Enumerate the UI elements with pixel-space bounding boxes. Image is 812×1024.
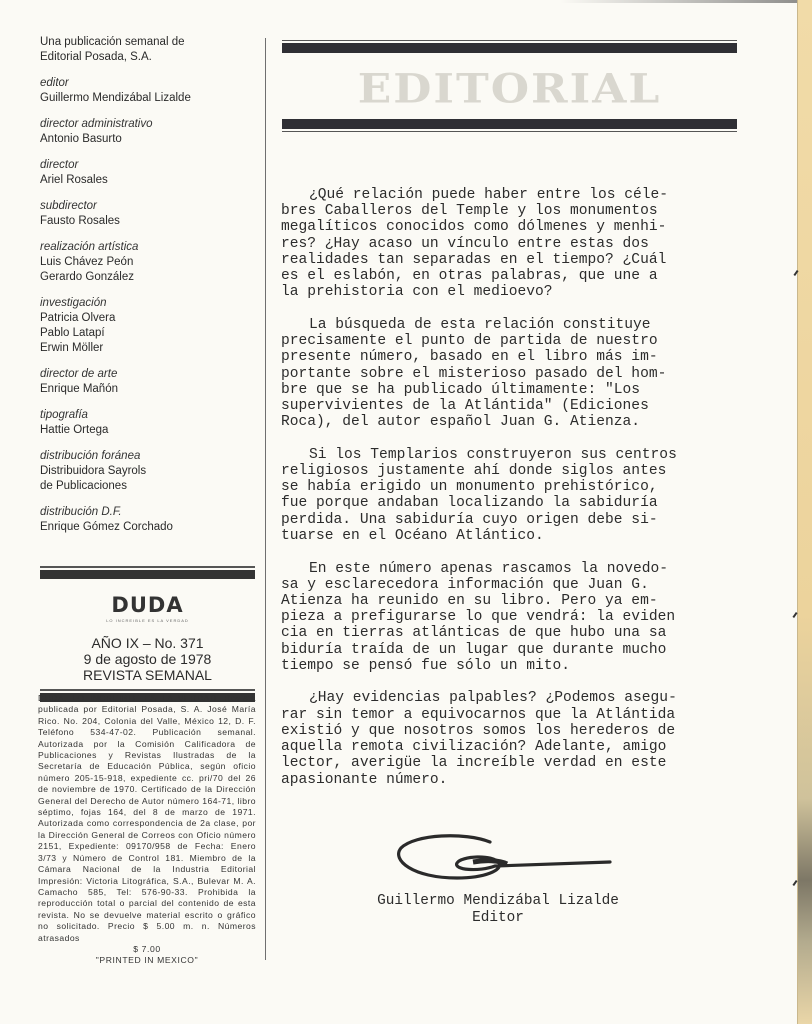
- paragraph: La búsqueda de esta relación constituye …: [281, 317, 701, 430]
- adjacent-page-edge: [797, 0, 812, 1024]
- credit-name: de Publicaciones: [40, 479, 258, 494]
- credit-role: distribución foránea: [40, 449, 258, 464]
- editorial-banner: EDITORIAL: [282, 40, 737, 132]
- paragraph: ¿Qué relación puede haber entre los céle…: [281, 187, 701, 300]
- credit-block: director de arteEnrique Mañón: [40, 367, 258, 397]
- intro-line: Editorial Posada, S.A.: [40, 50, 258, 65]
- credit-name: Enrique Mañón: [40, 382, 258, 397]
- legal-notice: DUDA, LO INCREIBLE ES LA VERDAD. Revista…: [38, 693, 256, 967]
- credit-role: editor: [40, 76, 258, 91]
- credit-name: Antonio Basurto: [40, 132, 258, 147]
- editorial-body: ¿Qué relación puede haber entre los céle…: [281, 187, 701, 804]
- credit-block: director administrativoAntonio Basurto: [40, 117, 258, 147]
- printed-in: "PRINTED IN MEXICO": [38, 955, 256, 966]
- column-divider: [265, 38, 266, 960]
- credit-block: distribución D.F.Enrique Gómez Corchado: [40, 505, 258, 535]
- credit-name: Hattie Ortega: [40, 423, 258, 438]
- issue-date: 9 de agosto de 1978: [40, 651, 255, 667]
- rule-bar: [40, 568, 255, 579]
- credit-role: director de arte: [40, 367, 258, 382]
- issue-box: DUDA LO INCREIBLE ES LA VERDAD AÑO IX – …: [40, 568, 255, 702]
- rule-thin: [282, 131, 737, 132]
- issue-volume: AÑO IX – No. 371: [40, 635, 255, 651]
- credit-name: Luis Chávez Peón: [40, 255, 258, 270]
- credit-role: tipografía: [40, 408, 258, 423]
- credit-name: Fausto Rosales: [40, 214, 258, 229]
- legal-text: DUDA, LO INCREIBLE ES LA VERDAD. Revista…: [38, 693, 256, 944]
- masthead: Una publicación semanal de Editorial Pos…: [40, 35, 258, 546]
- credit-block: directorAriel Rosales: [40, 158, 258, 188]
- credit-name: Erwin Möller: [40, 341, 258, 356]
- credit-role: distribución D.F.: [40, 505, 258, 520]
- credit-name: Enrique Gómez Corchado: [40, 520, 258, 535]
- editorial-heading: EDITORIAL: [282, 56, 737, 117]
- credit-name: Patricia Olvera: [40, 311, 258, 326]
- duda-logo: DUDA: [40, 593, 255, 617]
- credit-block: editorGuillermo Mendizábal Lizalde: [40, 76, 258, 106]
- issue-frequency: REVISTA SEMANAL: [40, 667, 255, 683]
- signature-icon: [395, 830, 615, 890]
- credit-name: Ariel Rosales: [40, 173, 258, 188]
- credit-role: subdirector: [40, 199, 258, 214]
- credit-role: investigación: [40, 296, 258, 311]
- credit-name: Distribuidora Sayrols: [40, 464, 258, 479]
- credit-block: realización artísticaLuis Chávez PeónGer…: [40, 240, 258, 285]
- logo-tagline: LO INCREIBLE ES LA VERDAD: [40, 618, 255, 623]
- credit-block: distribución foráneaDistribuidora Sayrol…: [40, 449, 258, 494]
- paragraph: ¿Hay evidencias palpables? ¿Podemos aseg…: [281, 690, 701, 787]
- credit-role: director: [40, 158, 258, 173]
- credit-block: subdirectorFausto Rosales: [40, 199, 258, 229]
- back-issue-price: $ 7.00: [38, 944, 256, 955]
- rule-bar: [282, 43, 737, 53]
- credit-name: Guillermo Mendizábal Lizalde: [40, 91, 258, 106]
- credit-name: Pablo Latapí: [40, 326, 258, 341]
- intro-line: Una publicación semanal de: [40, 35, 258, 50]
- credit-block: investigaciónPatricia OlveraPablo Latapí…: [40, 296, 258, 356]
- signature-name: Guillermo Mendizábal Lizalde: [338, 893, 658, 909]
- publisher-intro: Una publicación semanal de Editorial Pos…: [40, 35, 258, 65]
- credit-role: realización artística: [40, 240, 258, 255]
- rule-bar: [282, 119, 737, 129]
- page-edge-shadow: [560, 0, 812, 3]
- credits-list: editorGuillermo Mendizábal Lizaldedirect…: [40, 76, 258, 535]
- paragraph: En este número apenas rascamos la novedo…: [281, 561, 701, 674]
- signature-title: Editor: [338, 910, 658, 926]
- credit-name: Gerardo González: [40, 270, 258, 285]
- credit-role: director administrativo: [40, 117, 258, 132]
- paragraph: Si los Templarios construyeron sus centr…: [281, 447, 701, 544]
- credit-block: tipografíaHattie Ortega: [40, 408, 258, 438]
